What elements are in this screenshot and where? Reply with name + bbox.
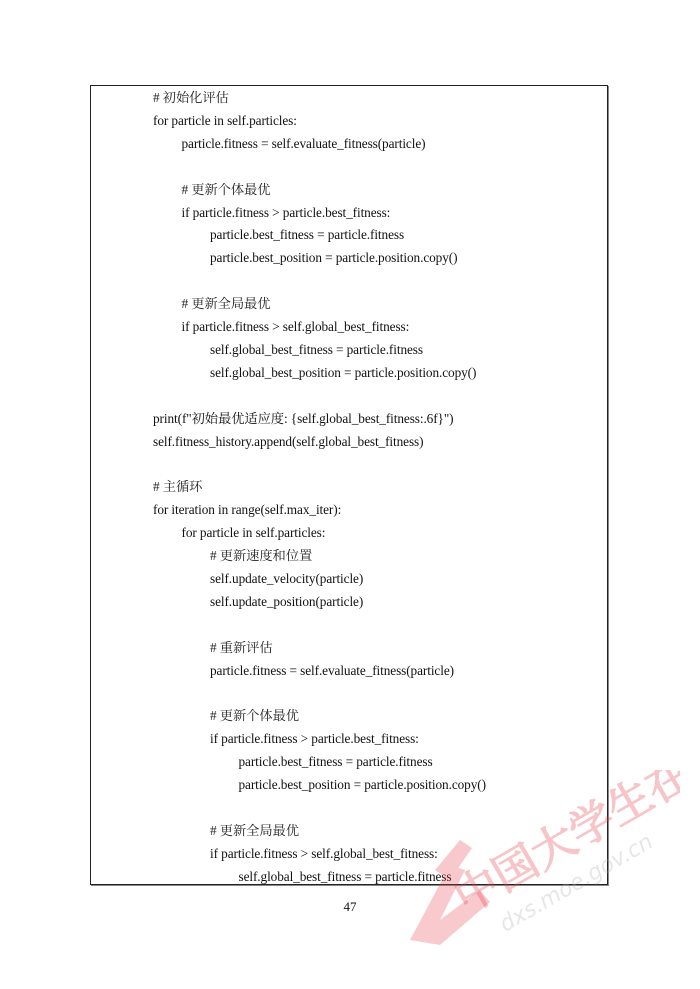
code-line: particle.best_position = particle.positi… xyxy=(239,777,486,793)
code-line: if particle.fitness > self.global_best_f… xyxy=(210,846,438,862)
code-line: if particle.fitness > self.global_best_f… xyxy=(182,319,410,335)
code-line: print(f"初始最优适应度: {self.global_best_fitne… xyxy=(153,411,454,427)
code-comment-line: # 更新个体最优 xyxy=(210,708,299,724)
code-line: self.global_best_fitness = particle.fitn… xyxy=(239,869,452,885)
code-comment-line: # 更新速度和位置 xyxy=(210,548,312,564)
code-line: particle.best_fitness = particle.fitness xyxy=(210,227,404,243)
code-comment-line: # 更新全局最优 xyxy=(210,823,299,839)
code-line: particle.fitness = self.evaluate_fitness… xyxy=(210,663,454,679)
code-comment-line: # 更新全局最优 xyxy=(182,296,271,312)
code-line: for particle in self.particles: xyxy=(153,113,297,129)
code-line: self.update_position(particle) xyxy=(210,594,363,610)
code-line: self.fitness_history.append(self.global_… xyxy=(153,434,423,450)
code-line: for particle in self.particles: xyxy=(182,525,326,541)
code-line: particle.best_position = particle.positi… xyxy=(210,250,457,266)
code-line: particle.best_fitness = particle.fitness xyxy=(239,754,433,770)
code-comment-line: # 更新个体最优 xyxy=(182,182,271,198)
page-number: 47 xyxy=(0,899,700,915)
code-comment-line: # 主循环 xyxy=(153,479,202,495)
code-line: self.global_best_fitness = particle.fitn… xyxy=(210,342,423,358)
code-line: particle.fitness = self.evaluate_fitness… xyxy=(182,136,426,152)
code-line: for iteration in range(self.max_iter): xyxy=(153,502,341,518)
code-line: if particle.fitness > particle.best_fitn… xyxy=(182,205,391,221)
code-line: self.update_velocity(particle) xyxy=(210,571,363,587)
code-comment-line: # 初始化评估 xyxy=(153,90,229,106)
code-listing-box: # 初始化评估for particle in self.particles:pa… xyxy=(90,85,608,885)
code-line: self.global_best_position = particle.pos… xyxy=(210,365,476,381)
code-line: if particle.fitness > particle.best_fitn… xyxy=(210,731,419,747)
code-comment-line: # 重新评估 xyxy=(210,640,273,656)
